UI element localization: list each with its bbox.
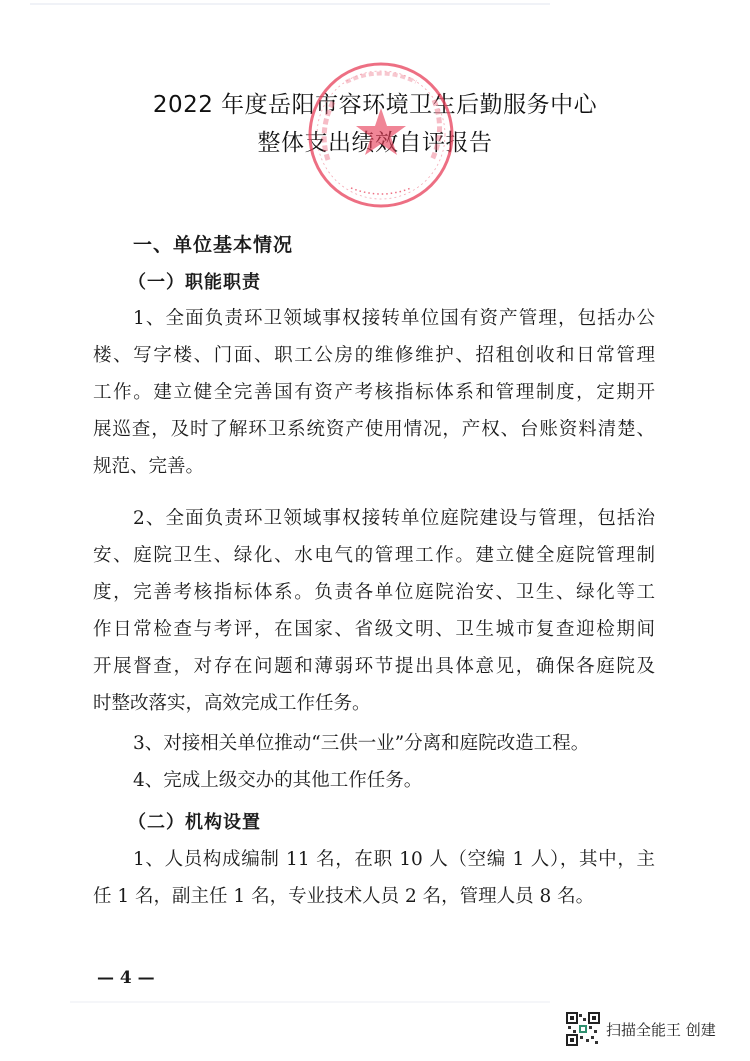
subsection-heading-organization: （二）机构设置 xyxy=(128,808,261,834)
page-number: — 4 — xyxy=(97,968,155,988)
paragraph-line: 4、完成上级交办的其他工作任务。 xyxy=(133,768,655,794)
paragraph-line: 安、庭院卫生、绿化、水电气的管理工作。建立健全庭院管理制 xyxy=(93,543,655,569)
paragraph-line: 作日常检查与考评，在国家、省级文明、卫生城市复查迎检期间 xyxy=(93,617,655,643)
scanner-watermark: 扫描全能王 创建 xyxy=(566,1012,716,1046)
paragraph-line: 楼、写字楼、门面、职工公房的维修维护、招租创收和日常管理 xyxy=(93,343,655,369)
paragraph-line: 任 1 名，副主任 1 名，专业技术人员 2 名，管理人员 8 名。 xyxy=(93,884,655,910)
paragraph-line: 规范、完善。 xyxy=(93,454,655,480)
document-title-line1: 2022 年度岳阳市容环境卫生后勤服务中心 xyxy=(0,86,750,119)
scan-artifact xyxy=(30,3,550,5)
scanner-watermark-text: 扫描全能王 创建 xyxy=(606,1019,716,1040)
scan-artifact xyxy=(70,1001,550,1003)
paragraph-line: 工作。建立健全完善国有资产考核指标体系和管理制度，定期开 xyxy=(93,380,655,406)
paragraph-line: 度，完善考核指标体系。负责各单位庭院治安、卫生、绿化等工 xyxy=(93,580,655,606)
document-title-line2: 整体支出绩效自评报告 xyxy=(0,124,750,157)
paragraph-line: 1、人员构成编制 11 名，在职 10 人（空编 1 人），其中，主 xyxy=(133,847,655,873)
qr-code-icon xyxy=(566,1012,600,1046)
paragraph-line: 开展督查，对存在问题和薄弱环节提出具体意见，确保各庭院及 xyxy=(93,654,655,680)
paragraph-line: 展巡查，及时了解环卫系统资产使用情况，产权、台账资料清楚、 xyxy=(93,417,655,443)
paragraph-line: 时整改落实，高效完成工作任务。 xyxy=(93,691,655,717)
section-heading-basic-info: 一、单位基本情况 xyxy=(133,230,293,257)
paragraph-line: 3、对接相关单位推动“三供一业”分离和庭院改造工程。 xyxy=(133,731,655,757)
subsection-heading-duties: （一）职能职责 xyxy=(128,268,261,294)
paragraph-line: 2、全面负责环卫领域事权接转单位庭院建设与管理，包括治 xyxy=(133,506,655,532)
paragraph-line: 1、全面负责环卫领域事权接转单位国有资产管理，包括办公 xyxy=(133,306,655,332)
document-page: 2022 年度岳阳市容环境卫生后勤服务中心 整体支出绩效自评报告 一、单位基本情… xyxy=(0,0,750,1061)
